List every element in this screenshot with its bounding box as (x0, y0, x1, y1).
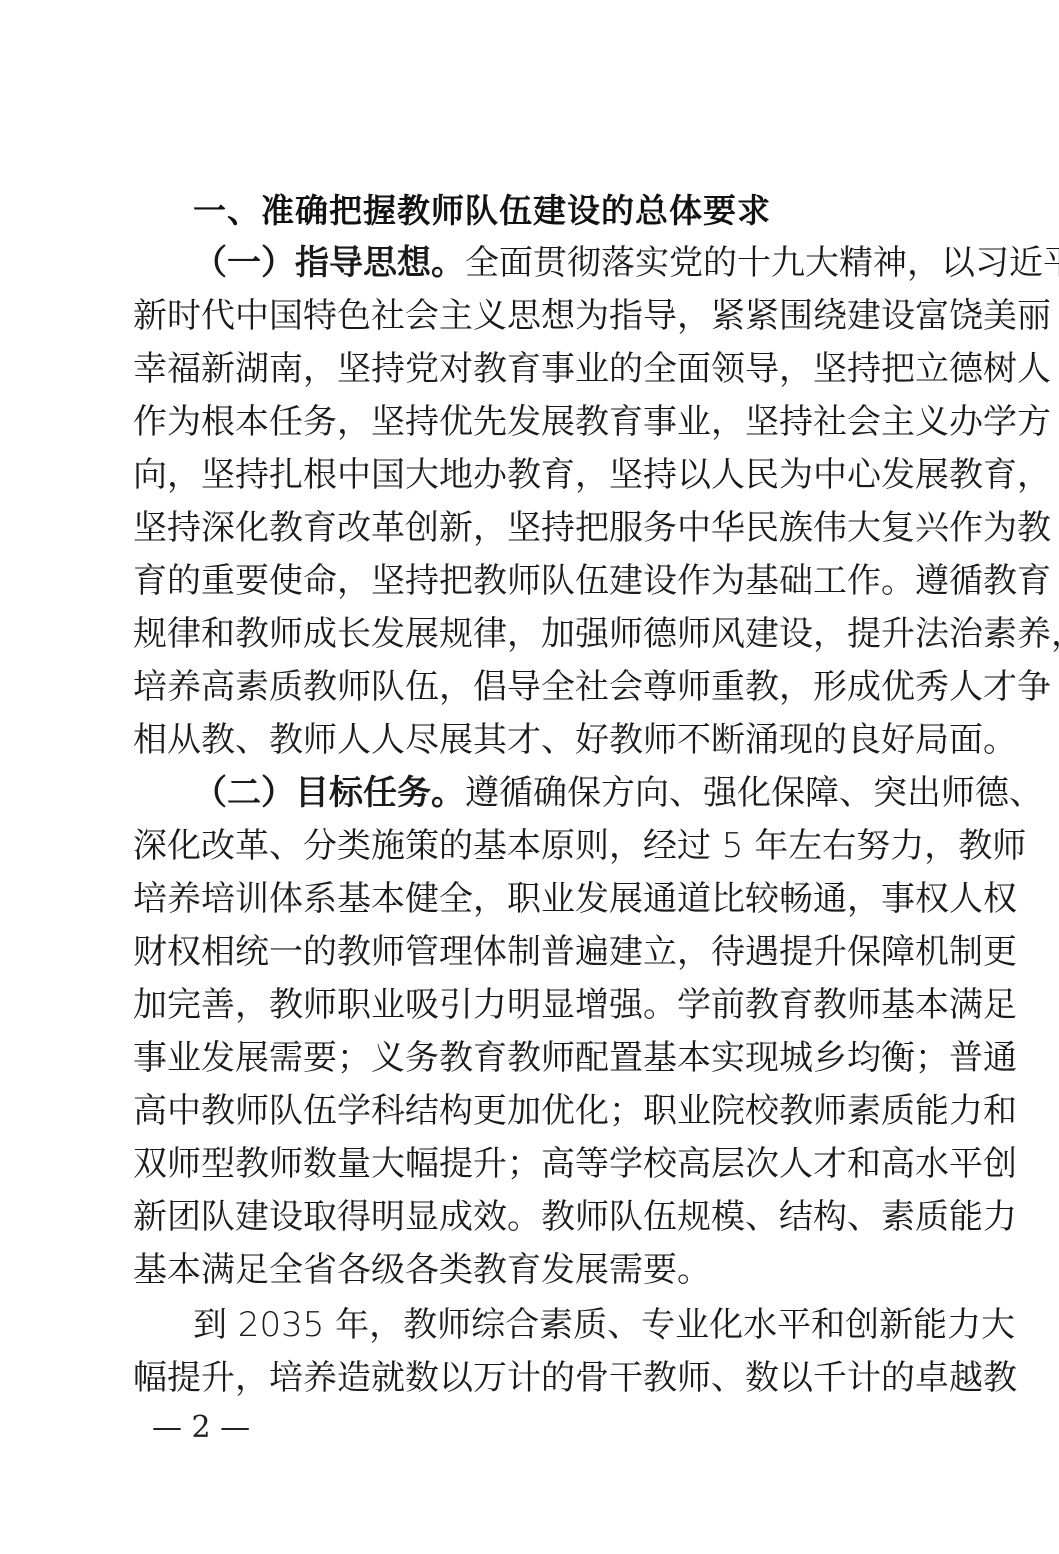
paragraph-2-text: 遵循确保方向、强化保障、突出师德、 (465, 773, 1043, 813)
paragraph-1-line-3: 幸福新湖南，坚持党对教育事业的全面领导，坚持把立德树人 (133, 349, 929, 389)
paragraph-2-line-9: 新团队建设取得明显成效。教师队伍规模、结构、素质能力 (133, 1197, 929, 1237)
paragraph-1-line-7: 育的重要使命，坚持把教师队伍建设作为基础工作。遵循教育 (133, 561, 929, 601)
paragraph-2-line-4: 财权相统一的教师管理体制普遍建立，待遇提升保障机制更 (133, 932, 929, 972)
paragraph-2-line-1: （二）目标任务。遵循确保方向、强化保障、突出师德、 (193, 773, 929, 813)
paragraph-1-line-8: 规律和教师成长发展规律，加强师德师风建设，提升法治素养， (133, 614, 929, 654)
paragraph-3-line-1: 到 2035 年，教师综合素质、专业化水平和创新能力大 (193, 1305, 929, 1345)
paragraph-1-line-9: 培养高素质教师队伍，倡导全社会尊师重教，形成优秀人才争 (133, 667, 929, 707)
paragraph-1-line-1: （一）指导思想。全面贯彻落实党的十九大精神，以习近平 (193, 243, 929, 283)
paragraph-2-line-10: 基本满足全省各级各类教育发展需要。 (133, 1250, 929, 1290)
page-number: — 2 — (152, 1410, 250, 1446)
paragraph-1-lead: （一）指导思想。 (193, 243, 465, 283)
paragraph-2-line-8: 双师型教师数量大幅提升；高等学校高层次人才和高水平创 (133, 1144, 929, 1184)
paragraph-2-lead: （二）目标任务。 (193, 773, 465, 813)
paragraph-2-line-7: 高中教师队伍学科结构更加优化；职业院校教师素质能力和 (133, 1091, 929, 1131)
paragraph-2-line-2: 深化改革、分类施策的基本原则，经过 5 年左右努力，教师 (133, 826, 929, 866)
paragraph-2-line-5: 加完善，教师职业吸引力明显增强。学前教育教师基本满足 (133, 985, 929, 1025)
paragraph-2-line-6: 事业发展需要；义务教育教师配置基本实现城乡均衡；普通 (133, 1038, 929, 1078)
paragraph-1-line-10: 相从教、教师人人尽展其才、好教师不断涌现的良好局面。 (133, 720, 929, 760)
paragraph-2-line-3: 培养培训体系基本健全，职业发展通道比较畅通，事权人权 (133, 879, 929, 919)
paragraph-1-line-5: 向，坚持扎根中国大地办教育，坚持以人民为中心发展教育， (133, 455, 929, 495)
paragraph-1-line-2: 新时代中国特色社会主义思想为指导，紧紧围绕建设富饶美丽 (133, 296, 929, 336)
paragraph-1-line-6: 坚持深化教育改革创新，坚持把服务中华民族伟大复兴作为教 (133, 508, 929, 548)
document-page: 一、准确把握教师队伍建设的总体要求 （一）指导思想。全面贯彻落实党的十九大精神，… (0, 0, 1059, 1554)
section-heading: 一、准确把握教师队伍建设的总体要求 (193, 191, 771, 231)
paragraph-1-line-4: 作为根本任务，坚持优先发展教育事业，坚持社会主义办学方 (133, 402, 929, 442)
paragraph-3-line-2: 幅提升，培养造就数以万计的骨干教师、数以千计的卓越教 (133, 1358, 929, 1398)
paragraph-1-text: 全面贯彻落实党的十九大精神，以习近平 (465, 243, 1059, 283)
